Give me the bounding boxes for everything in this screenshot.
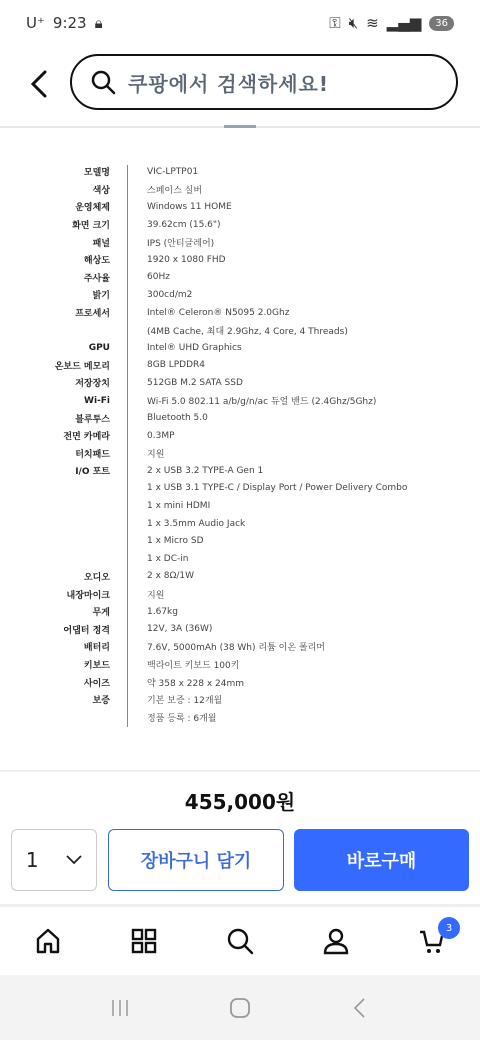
battery-icon: 36 [429, 16, 454, 31]
spec-row: 온보드 메모리8GB LPDDR4 [0, 357, 480, 375]
spec-label: 보증 [0, 693, 110, 706]
nav-my-page[interactable] [316, 921, 356, 961]
spec-label: 오디오 [0, 570, 110, 583]
spec-row: 1 x Micro SD [0, 532, 480, 550]
bottom-nav: 3 [0, 907, 480, 975]
spec-value: 약 358 x 228 x 24mm [147, 676, 244, 689]
spec-value: 2 x 8Ω/1W [147, 571, 194, 581]
header: 쿠팡에서 검색하세요! [0, 52, 480, 116]
spec-value: 백라이트 키보드 100키 [147, 658, 239, 671]
spec-row: 키보드백라이트 키보드 100키 [0, 656, 480, 674]
divider [0, 770, 480, 772]
spec-label: 패널 [0, 236, 110, 249]
spec-row: 모델명VIC-LPTP01 [0, 163, 480, 181]
spec-row: (4MB Cache, 최대 2.9Ghz, 4 Core, 4 Threads… [0, 321, 480, 339]
nav-cart[interactable]: 3 [412, 921, 452, 961]
spec-row: Wi-FiWi-Fi 5.0 802.11 a/b/g/n/ac 듀얼 밴드 (… [0, 392, 480, 410]
spec-row: 주사율60Hz [0, 269, 480, 287]
home-button-icon[interactable] [228, 996, 252, 1020]
spec-label: 전면 카메라 [0, 429, 110, 442]
spec-value: 지원 [147, 447, 164, 460]
spec-label: 배터리 [0, 640, 110, 653]
spec-label: 내장마이크 [0, 588, 110, 601]
spec-label: I/O 포트 [0, 464, 110, 477]
quantity-value: 1 [26, 848, 39, 872]
search-icon [90, 69, 116, 95]
chevron-left-icon [30, 70, 48, 98]
spec-value: 1 x mini HDMI [147, 501, 210, 511]
system-nav-bar [0, 975, 480, 1040]
time: 9:23 [53, 14, 87, 32]
spec-label: 해상도 [0, 253, 110, 266]
spec-value: Wi-Fi 5.0 802.11 a/b/g/n/ac 듀얼 밴드 (2.4Gh… [147, 394, 376, 407]
search-placeholder: 쿠팡에서 검색하세요! [128, 68, 329, 97]
spec-row: 내장마이크지원 [0, 585, 480, 603]
lock-icon: 🔒︎ [95, 14, 103, 32]
spec-row: 블루투스Bluetooth 5.0 [0, 409, 480, 427]
key-icon: ⚿ [329, 14, 340, 32]
user-icon [322, 927, 350, 955]
spec-row: 화면 크기39.62cm (15.6") [0, 216, 480, 234]
spec-value: 1 x Micro SD [147, 536, 204, 546]
mute-icon: 🔇︎ [349, 14, 358, 32]
grid-icon [130, 927, 158, 955]
spec-row: 운영체제Windows 11 HOME [0, 198, 480, 216]
carrier: U⁺ [26, 14, 45, 32]
spec-row: 프로세서Intel® Celeron® N5095 2.0Ghz [0, 304, 480, 322]
spec-label: 밝기 [0, 288, 110, 301]
spec-value: 2 x USB 3.2 TYPE-A Gen 1 [147, 466, 263, 476]
spec-value: 300cd/m2 [147, 290, 192, 300]
spec-value: 0.3MP [147, 431, 175, 441]
status-bar: U⁺ 9:23 🔒︎ ⚿ 🔇︎ ≋ ▂▄▆ 36 [0, 0, 480, 46]
spec-value: 7.6V, 5000mAh (38 Wh) 리튬 이온 폴리머 [147, 640, 325, 653]
spec-row: 전면 카메라0.3MP [0, 427, 480, 445]
spec-row: 1 x 3.5mm Audio Jack [0, 515, 480, 533]
spec-value: 1 x USB 3.1 TYPE-C / Display Port / Powe… [147, 483, 407, 493]
home-icon [34, 927, 62, 955]
spec-row: I/O 포트2 x USB 3.2 TYPE-A Gen 1 [0, 462, 480, 480]
spec-label: 운영체제 [0, 200, 110, 213]
spec-label: 모델명 [0, 165, 110, 178]
spec-value: 1920 x 1080 FHD [147, 255, 226, 265]
buy-now-button[interactable]: 바로구매 [294, 829, 469, 891]
spec-label: 사이즈 [0, 676, 110, 689]
spec-value: 8GB LPDDR4 [147, 360, 205, 370]
spec-row: 1 x DC-in [0, 550, 480, 568]
spec-value: Bluetooth 5.0 [147, 413, 208, 423]
spec-label: 터치패드 [0, 447, 110, 460]
spec-value: (4MB Cache, 최대 2.9Ghz, 4 Core, 4 Threads… [147, 324, 348, 337]
spec-row: GPUIntel® UHD Graphics [0, 339, 480, 357]
cart-badge: 3 [438, 917, 460, 939]
spec-value: VIC-LPTP01 [147, 167, 198, 177]
back-button[interactable] [26, 71, 52, 97]
spec-row: 터치패드지원 [0, 445, 480, 463]
spec-label: 온보드 메모리 [0, 359, 110, 372]
spec-row: 색상스페이스 실버 [0, 181, 480, 199]
spec-row: 저장장치512GB M.2 SATA SSD [0, 374, 480, 392]
spec-value: 정품 등록 : 6개월 [147, 711, 217, 724]
spec-value: 지원 [147, 588, 164, 601]
spec-label: GPU [0, 343, 110, 353]
spec-label: Wi-Fi [0, 396, 110, 406]
spec-value: 1 x DC-in [147, 554, 188, 564]
back-icon[interactable] [348, 996, 372, 1020]
spec-row: 오디오2 x 8Ω/1W [0, 568, 480, 586]
spec-row: 밝기300cd/m2 [0, 286, 480, 304]
spec-row: 정품 등록 : 6개월 [0, 708, 480, 726]
spec-label: 화면 크기 [0, 218, 110, 231]
search-input[interactable]: 쿠팡에서 검색하세요! [70, 54, 458, 110]
spec-row: 1 x USB 3.1 TYPE-C / Display Port / Powe… [0, 480, 480, 498]
spec-row: 어댑터 정격12V, 3A (36W) [0, 620, 480, 638]
spec-value: 39.62cm (15.6") [147, 220, 221, 230]
spec-label: 프로세서 [0, 306, 110, 319]
signal-icon: ▂▄▆ [387, 14, 422, 32]
recent-apps-icon[interactable] [108, 996, 132, 1020]
spec-value: 512GB M.2 SATA SSD [147, 378, 243, 388]
spec-row: 1 x mini HDMI [0, 497, 480, 515]
spec-row: 사이즈약 358 x 228 x 24mm [0, 673, 480, 691]
spec-label: 블루투스 [0, 412, 110, 425]
nav-home[interactable] [28, 921, 68, 961]
spec-value: 기본 보증 : 12개월 [147, 693, 222, 706]
search-icon [226, 927, 254, 955]
nav-search[interactable] [220, 921, 260, 961]
wifi-icon: ≋ [366, 14, 379, 32]
spec-value: 스페이스 실버 [147, 183, 202, 196]
spec-label: 무게 [0, 605, 110, 618]
spec-row: 보증기본 보증 : 12개월 [0, 691, 480, 709]
add-to-cart-button[interactable]: 장바구니 담기 [108, 829, 284, 891]
quantity-select[interactable]: 1 [11, 829, 97, 891]
spec-label: 색상 [0, 183, 110, 196]
spec-table: 모델명VIC-LPTP01색상스페이스 실버운영체제Windows 11 HOM… [0, 163, 480, 726]
scroll-indicator [224, 125, 256, 128]
spec-row: 배터리7.6V, 5000mAh (38 Wh) 리튬 이온 폴리머 [0, 638, 480, 656]
spec-value: 12V, 3A (36W) [147, 624, 212, 634]
spec-row: 패널IPS (안티글레어) [0, 233, 480, 251]
spec-value: Intel® UHD Graphics [147, 343, 242, 353]
spec-value: IPS (안티글레어) [147, 236, 214, 249]
spec-value: Intel® Celeron® N5095 2.0Ghz [147, 308, 289, 318]
spec-label: 키보드 [0, 658, 110, 671]
spec-value: 1 x 3.5mm Audio Jack [147, 519, 245, 529]
spec-value: Windows 11 HOME [147, 202, 232, 212]
spec-label: 저장장치 [0, 376, 110, 389]
nav-categories[interactable] [124, 921, 164, 961]
chevron-down-icon [66, 855, 82, 865]
spec-value: 1.67kg [147, 607, 178, 617]
spec-value: 60Hz [147, 272, 170, 282]
spec-label: 어댑터 정격 [0, 623, 110, 636]
price: 455,000원 [0, 786, 480, 815]
spec-row: 무게1.67kg [0, 603, 480, 621]
spec-label: 주사율 [0, 271, 110, 284]
spec-row: 해상도1920 x 1080 FHD [0, 251, 480, 269]
